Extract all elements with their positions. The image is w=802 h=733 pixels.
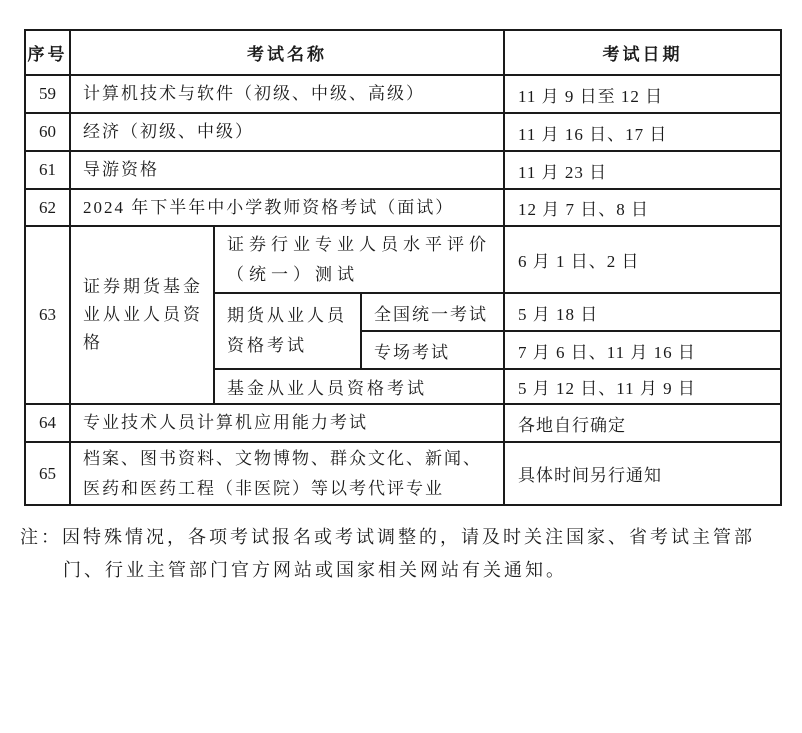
header-exam-name: 考试名称 (70, 30, 504, 75)
exam-schedule-page: 序号 考试名称 考试日期 59 计算机技术与软件（初级、中级、高级） 11 月 … (0, 0, 802, 733)
row-64-date: 各地自行确定 (504, 404, 781, 442)
row-63-futures-national-date: 5 月 18 日 (504, 293, 781, 331)
table-row-63-securities: 63 证券期货基金业从业人员资格 证券行业专业人员水平评价（统一）测试 6 月 … (25, 226, 781, 293)
table-header-row: 序号 考试名称 考试日期 (25, 30, 781, 75)
row-63-fund-name: 基金从业人员资格考试 (214, 369, 504, 404)
footnote-text: 因特殊情况，各项考试报名或考试调整的，请及时关注国家、省考试主管部门、行业主管部… (62, 527, 755, 580)
row-63-futures-special-name: 专场考试 (361, 331, 504, 369)
table-row-59: 59 计算机技术与软件（初级、中级、高级） 11 月 9 日至 12 日 (25, 75, 781, 113)
row-61-index: 61 (25, 151, 70, 189)
footnote: 注：因特殊情况，各项考试报名或考试调整的，请及时关注国家、省考试主管部门、行业主… (20, 521, 780, 587)
row-61-name: 导游资格 (70, 151, 504, 189)
table-row-60: 60 经济（初级、中级） 11 月 16 日、17 日 (25, 113, 781, 151)
table-row-62: 62 2024 年下半年中小学教师资格考试（面试） 12 月 7 日、8 日 (25, 189, 781, 226)
row-63-securities-date: 6 月 1 日、2 日 (504, 226, 781, 293)
row-61-date: 11 月 23 日 (504, 151, 781, 189)
row-63-securities-name: 证券行业专业人员水平评价（统一）测试 (214, 226, 504, 293)
header-exam-date: 考试日期 (504, 30, 781, 75)
row-62-name: 2024 年下半年中小学教师资格考试（面试） (70, 189, 504, 226)
row-63-futures-name: 期货从业人员资格考试 (214, 293, 361, 369)
row-63-fund-date: 5 月 12 日、11 月 9 日 (504, 369, 781, 404)
row-59-date: 11 月 9 日至 12 日 (504, 75, 781, 113)
row-64-index: 64 (25, 404, 70, 442)
row-65-name: 档案、图书资料、文物博物、群众文化、新闻、医药和医药工程（非医院）等以考代评专业 (70, 442, 504, 505)
row-63-futures-special-date: 7 月 6 日、11 月 16 日 (504, 331, 781, 369)
row-60-index: 60 (25, 113, 70, 151)
row-59-name: 计算机技术与软件（初级、中级、高级） (70, 75, 504, 113)
exam-schedule-table: 序号 考试名称 考试日期 59 计算机技术与软件（初级、中级、高级） 11 月 … (24, 29, 782, 506)
row-65-index: 65 (25, 442, 70, 505)
row-63-futures-national-name: 全国统一考试 (361, 293, 504, 331)
row-59-index: 59 (25, 75, 70, 113)
row-62-index: 62 (25, 189, 70, 226)
row-63-group-name: 证券期货基金业从业人员资格 (70, 226, 214, 404)
table-row-64: 64 专业技术人员计算机应用能力考试 各地自行确定 (25, 404, 781, 442)
row-62-date: 12 月 7 日、8 日 (504, 189, 781, 226)
row-65-date: 具体时间另行通知 (504, 442, 781, 505)
table-row-65: 65 档案、图书资料、文物博物、群众文化、新闻、医药和医药工程（非医院）等以考代… (25, 442, 781, 505)
row-63-index: 63 (25, 226, 70, 404)
row-60-name: 经济（初级、中级） (70, 113, 504, 151)
header-index: 序号 (25, 30, 70, 75)
table-row-61: 61 导游资格 11 月 23 日 (25, 151, 781, 189)
footnote-label: 注： (20, 527, 62, 547)
row-64-name: 专业技术人员计算机应用能力考试 (70, 404, 504, 442)
row-60-date: 11 月 16 日、17 日 (504, 113, 781, 151)
